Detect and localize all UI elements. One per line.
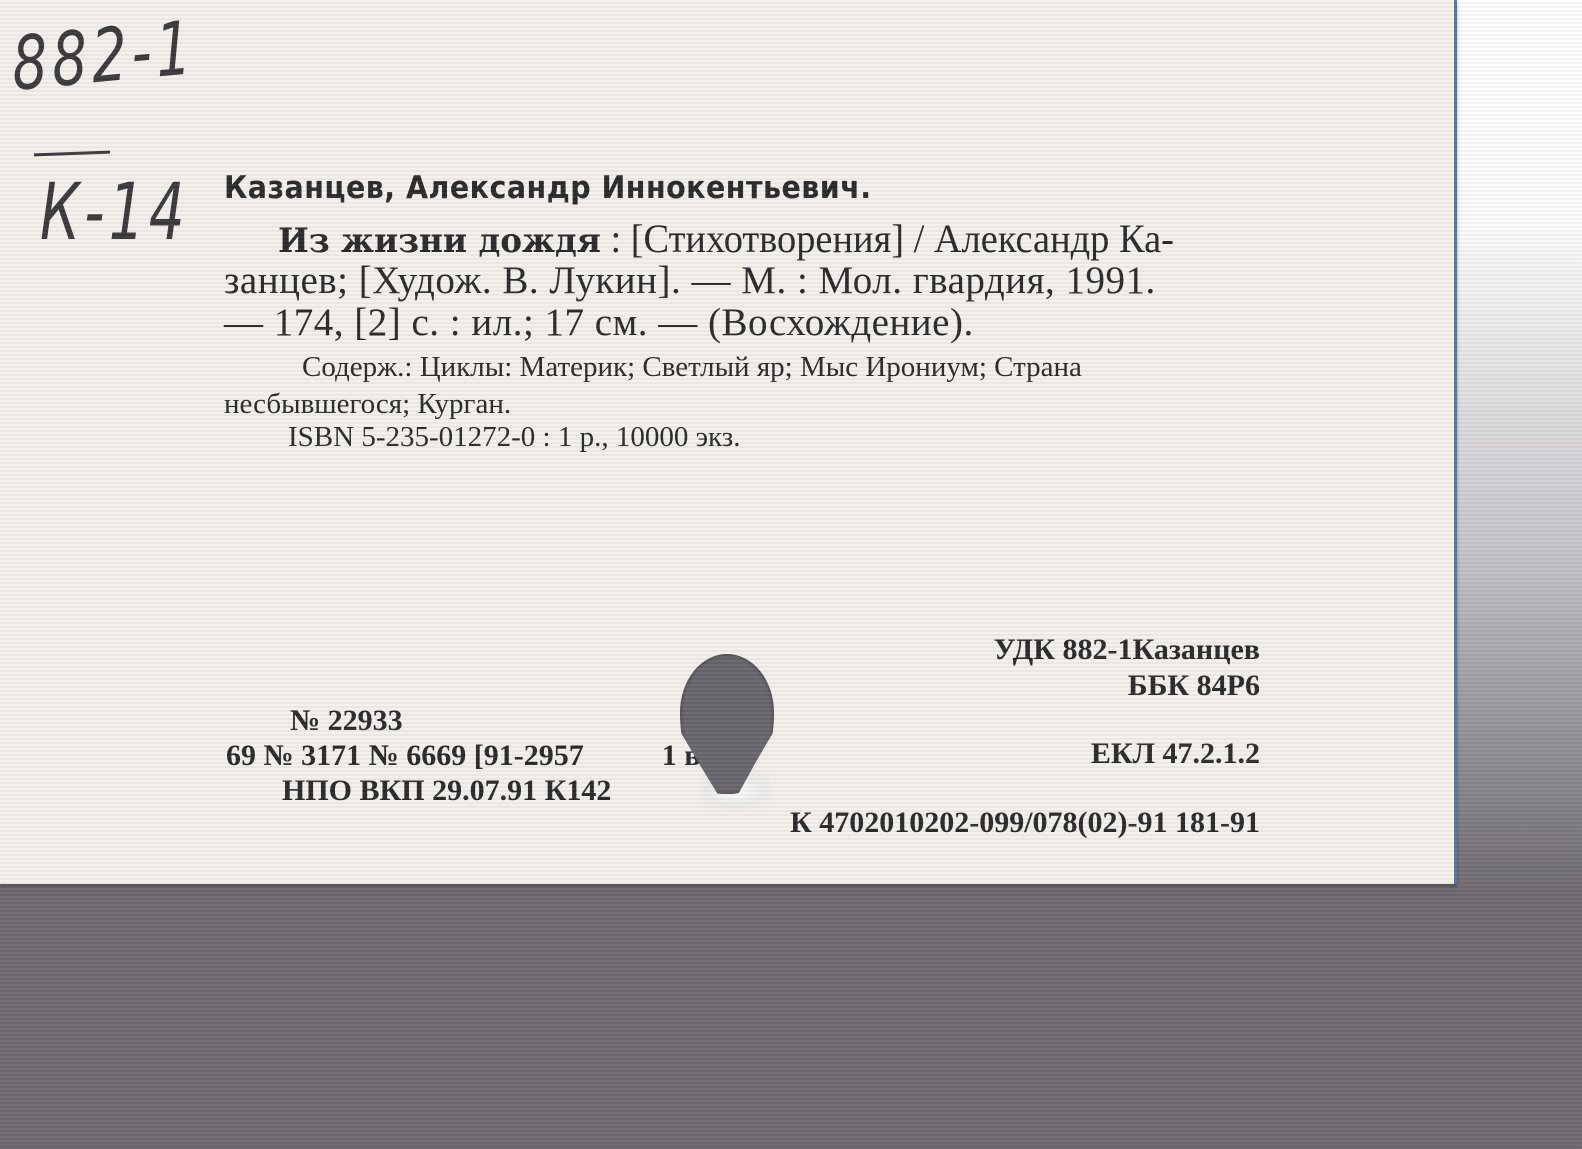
- library-catalog-card: 882-1 К-14 Казанцев, Александр Иннокенть…: [0, 0, 1457, 884]
- title-line: Из жизни дождя : [Стихотворения] / Алекс…: [278, 215, 1174, 262]
- print-info-line-start: 69 № 3171 № 6669 [91-2957: [226, 739, 584, 772]
- book-title: Из жизни дождя: [278, 221, 601, 261]
- background-light-area: [1456, 0, 1582, 900]
- contents-line-1: Содерж.: Циклы: Материк; Светлый яр; Мыс…: [302, 351, 1082, 384]
- handwritten-author-mark: К-14: [40, 168, 189, 258]
- udk-code: УДК 882-1Казанцев: [994, 633, 1260, 667]
- bbk-code: ББК 84Р6: [1128, 669, 1260, 703]
- print-info-line: 69 № 3171 № 6669 [91-29571 вс: [226, 739, 714, 773]
- author-heading: Казанцев, Александр Иннокентьевич.: [224, 170, 872, 206]
- handwritten-class-number: 882-1: [10, 5, 198, 108]
- ekl-code: ЕКЛ 47.2.1.2: [1091, 737, 1260, 771]
- isbn-line: ISBN 5-235-01272-0 : 1 р., 10000 экз.: [288, 421, 740, 454]
- printer-info: НПО ВКП 29.07.91 К142: [282, 774, 611, 808]
- publication-code: К 4702010202-099/078(02)-91 181-91: [790, 806, 1260, 840]
- description-line-3: — 174, [2] с. : ил.; 17 см. — (Восхожден…: [224, 300, 974, 345]
- contents-line-2: несбывшегося; Курган.: [224, 388, 511, 421]
- title-line-rest: : [Стихотворения] / Александр Ка-: [601, 216, 1174, 261]
- handwritten-fraction-bar: [34, 151, 110, 157]
- card-number: № 22933: [290, 704, 403, 738]
- description-line-2: занцев; [Худож. В. Лукин]. — М. : Мол. г…: [224, 258, 1156, 303]
